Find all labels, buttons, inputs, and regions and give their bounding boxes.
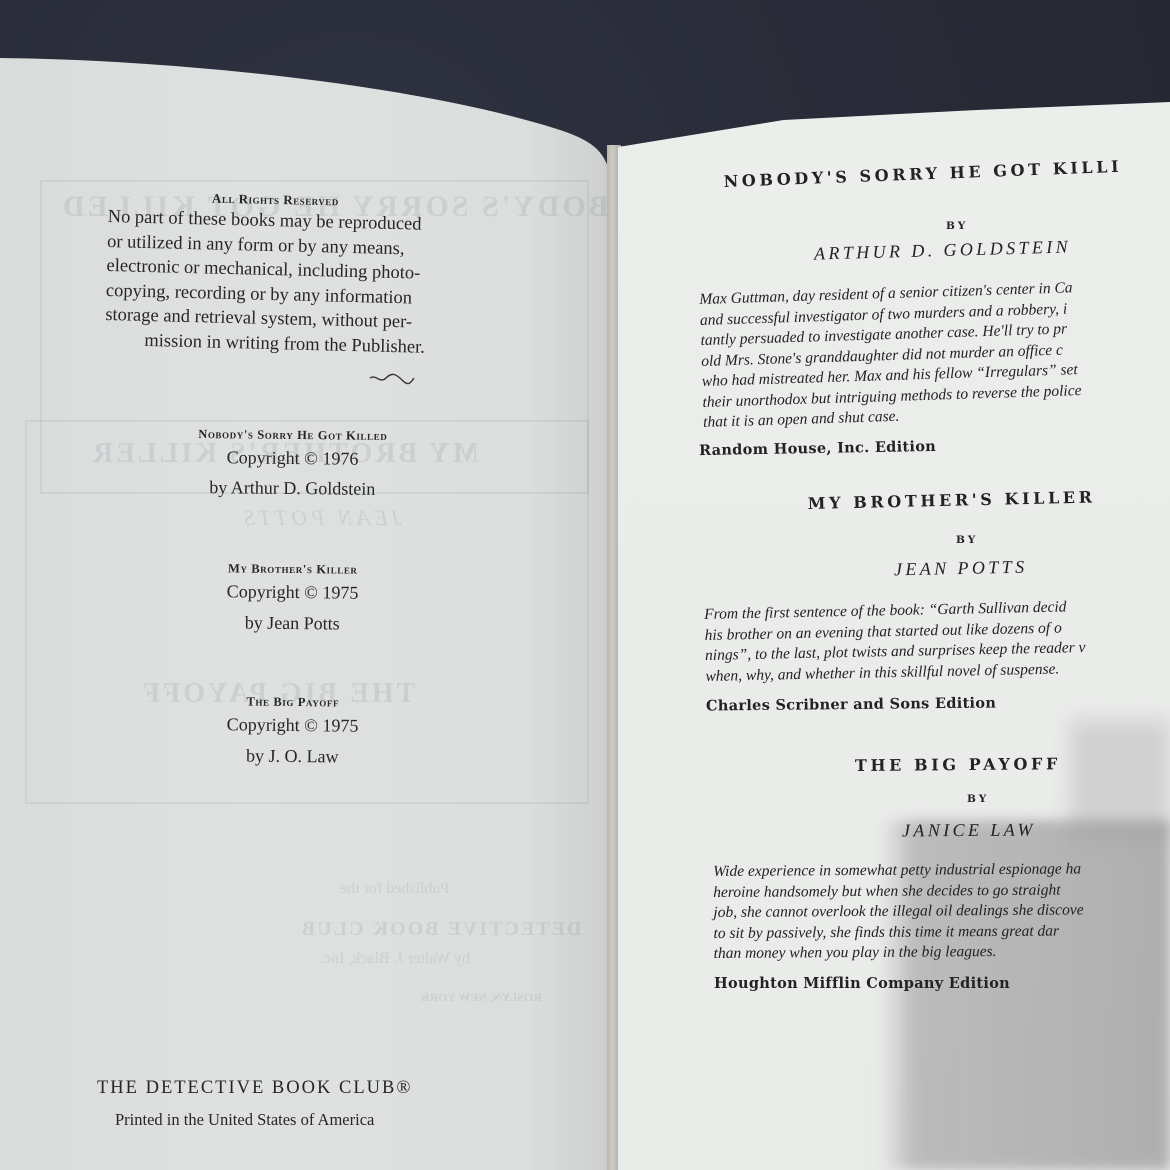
by-label: BY <box>946 220 968 232</box>
book-synopsis: Wide experience in somewhat petty indust… <box>713 859 1084 964</box>
pencil-squiggle-mark <box>368 372 418 388</box>
publisher-edition: Houghton Mifflin Company Edition <box>714 975 1010 992</box>
credit-author: by Arthur D. Goldstein <box>150 472 435 506</box>
book-synopsis: Max Guttman, day resident of a senior ci… <box>699 278 1082 433</box>
show-through-text: DETECTIVE BOOK CLUB <box>300 918 581 941</box>
show-through-text: JEAN POTTS <box>240 505 402 531</box>
book-author: JANICE LAW <box>902 820 1036 842</box>
credit-big-payoff: The Big Payoff Copyright © 1975 by J. O.… <box>150 694 436 774</box>
credit-author: by J. O. Law <box>150 740 435 774</box>
credit-copyright: Copyright © 1976 <box>150 442 435 476</box>
credit-copyright: Copyright © 1975 <box>150 709 435 743</box>
synopsis-line: heroine handsomely but when she decides … <box>713 880 1083 903</box>
book-synopsis: From the first sentence of the book: “Ga… <box>704 597 1086 687</box>
publisher-edition: Charles Scribner and Sons Edition <box>706 694 996 714</box>
detective-book-club-imprint: THE DETECTIVE BOOK CLUB® <box>97 1078 412 1099</box>
credit-nobodys-sorry: Nobody's Sorry He Got Killed Copyright ©… <box>150 427 436 506</box>
synopsis-line: Wide experience in somewhat petty indust… <box>713 859 1083 882</box>
book-author: JEAN POTTS <box>894 557 1028 581</box>
synopsis-line: to sit by passively, she finds this time… <box>713 921 1083 944</box>
credit-my-brothers-killer: My Brother's Killer Copyright © 1975 by … <box>150 561 436 641</box>
printed-in-usa: Printed in the United States of America <box>115 1110 374 1130</box>
synopsis-line: than money when you play in the big leag… <box>714 941 1084 964</box>
show-through-text: ROSLYN, NEW YORK <box>420 990 542 1005</box>
book-title: THE BIG PAYOFF <box>855 754 1061 775</box>
rights-notice: No part of these books may be reproduced… <box>104 205 467 361</box>
synopsis-line: job, she cannot overlook the illegal oil… <box>713 900 1083 923</box>
by-label: BY <box>967 793 989 805</box>
credit-copyright: Copyright © 1975 <box>150 576 435 610</box>
by-label: BY <box>956 534 978 546</box>
show-through-text: Published for the <box>340 880 449 898</box>
all-rights-reserved-heading: All Rights Reserved <box>212 191 339 210</box>
credit-author: by Jean Potts <box>150 607 435 641</box>
hand-shadow <box>1070 720 1170 840</box>
show-through-text: by Walter J. Black, Inc. <box>320 950 470 968</box>
